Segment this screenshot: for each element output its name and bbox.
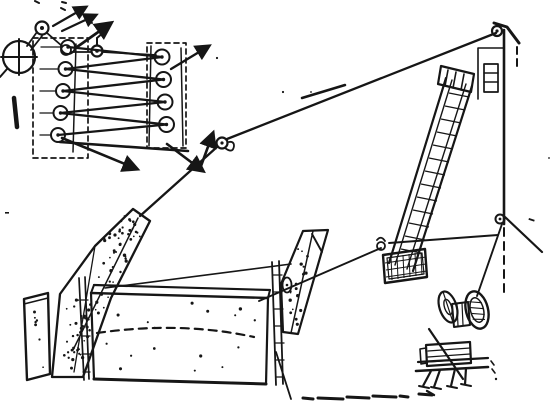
hook-icon: [377, 238, 385, 241]
winch: [416, 289, 497, 389]
diagram-canvas: [0, 0, 558, 404]
callout-arrows: [35, 1, 209, 69]
lead-pulleys: [27, 22, 156, 57]
stipple-dots: [33, 311, 44, 369]
left-panel: [52, 209, 150, 377]
fill-level-line: [97, 328, 254, 337]
stipple-dots: [106, 302, 256, 372]
figure: [0, 0, 558, 404]
hanging-block: [478, 48, 504, 99]
tackle-detail: [0, 1, 209, 171]
left-wall: [24, 293, 50, 380]
hatching: [385, 253, 427, 280]
tick-marks: [491, 361, 495, 373]
winch-brace: [429, 329, 463, 379]
mast: [478, 23, 542, 292]
left-sheave-block: [33, 38, 88, 158]
box-back-rim: [105, 264, 291, 288]
ground-line: [303, 391, 434, 399]
stay-line: [505, 217, 542, 252]
sheaves: [155, 50, 175, 133]
exit-rope-arrow: [62, 138, 137, 169]
callout-arrow: [201, 133, 213, 166]
hoist-rope: [140, 33, 496, 216]
winch-drum-icon: [0, 39, 37, 127]
